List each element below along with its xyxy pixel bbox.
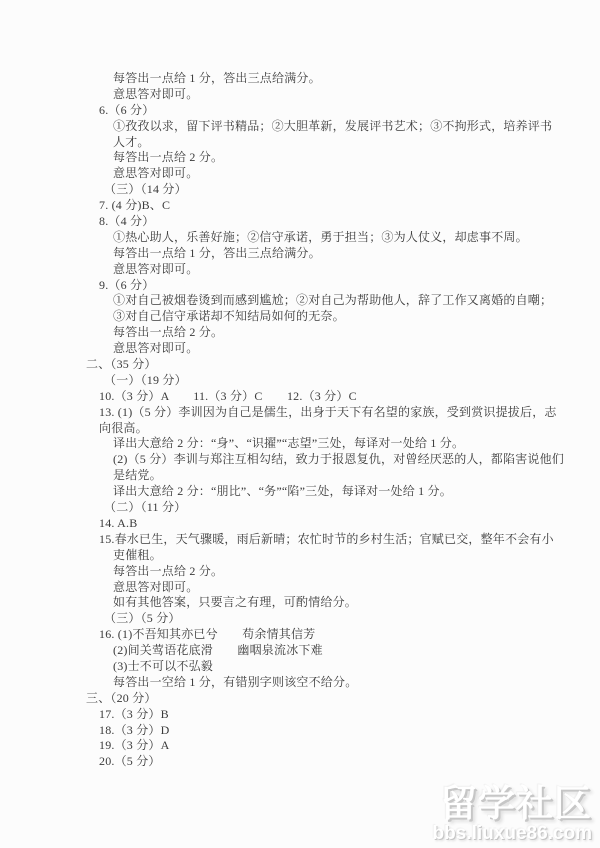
watermark: 留学社区 bbs.liuxue86.com: [433, 785, 592, 844]
text-line: 意思答对即可。: [0, 87, 600, 103]
text-line: （一）（19 分）: [0, 373, 600, 389]
text-line: 19.（3 分）A: [0, 738, 600, 754]
text-line: 每答出一空给 1 分，有错别字则该空不给分。: [0, 675, 600, 691]
text-line: 意思答对即可。: [0, 341, 600, 357]
text-line: 18.（3 分）D: [0, 723, 600, 739]
text-line: 15.春水已生，天气骤暖，雨后新晴；农忙时节的乡村生活；官赋已交，整年不会有小: [0, 532, 600, 548]
text-line: ①对自己被烟卷烫到而感到尴尬；②对自己为帮助他人，辞了工作又离婚的自嘲；: [0, 293, 600, 309]
text-line: 每答出一点给 2 分。: [0, 325, 600, 341]
text-line: 13. (1)（5 分）李训因为自己是儒生，出身于天下有名望的家族，受到赏识提拔…: [0, 405, 600, 421]
text-line: 10.（3 分）A 11.（3 分）C 12.（3 分）C: [0, 389, 600, 405]
text-line: 三、（20 分）: [0, 691, 600, 707]
text-line: ①热心助人，乐善好施；②信守承诺，勇于担当；③为人仗义，却虑事不周。: [0, 230, 600, 246]
scanned-answer-page: 每答出一点给 1 分，答出三点给满分。意思答对即可。6.（6 分）①孜孜以求，留…: [0, 0, 600, 848]
text-line: 9.（6 分）: [0, 278, 600, 294]
text-line: (3)士不可以不弘毅: [0, 659, 600, 675]
text-line: 如有其他答案，只要言之有理，可酌情给分。: [0, 595, 600, 611]
text-line: 吏催租。: [0, 548, 600, 564]
text-line: 7. (4 分)B、C: [0, 198, 600, 214]
text-line: 译出大意给 2 分：“身”、“识擢”“志望”三处，每译对一处给 1 分。: [0, 436, 600, 452]
text-line: 每答出一点给 2 分。: [0, 564, 600, 580]
text-line: 译出大意给 2 分：“朋比”、“务”“陷”三处，每译对一处给 1 分。: [0, 484, 600, 500]
text-line: 每答出一点给 2 分。: [0, 150, 600, 166]
text-line: 17.（3 分）B: [0, 707, 600, 723]
text-line: 是结党。: [0, 468, 600, 484]
text-line: 二、（35 分）: [0, 357, 600, 373]
text-line: 意思答对即可。: [0, 580, 600, 596]
text-line: 意思答对即可。: [0, 166, 600, 182]
text-line: 每答出一点给 1 分，答出三点给满分。: [0, 71, 600, 87]
text-line: 向很高。: [0, 421, 600, 437]
text-line: (2)（5 分）李训与郑注互相勾结，致力于报恩复仇，对曾经厌恶的人，都陷害说他们: [0, 452, 600, 468]
document-lines: 每答出一点给 1 分，答出三点给满分。意思答对即可。6.（6 分）①孜孜以求，留…: [0, 71, 600, 770]
text-line: ③对自己信守承诺却不知结局如何的无奈。: [0, 309, 600, 325]
text-line: 8.（4 分）: [0, 214, 600, 230]
text-line: （二）（11 分）: [0, 500, 600, 516]
text-line: 人才。: [0, 135, 600, 151]
text-line: 20.（5 分）: [0, 754, 600, 770]
watermark-logo-text: 留学社区: [433, 785, 592, 824]
text-line: 14. A.B: [0, 516, 600, 532]
text-line: 意思答对即可。: [0, 262, 600, 278]
text-line: （三）（5 分）: [0, 611, 600, 627]
text-line: 16. (1)不吾知其亦已兮 苟余情其信芳: [0, 627, 600, 643]
text-line: 每答出一点给 1 分，答出三点给满分。: [0, 246, 600, 262]
text-line: ①孜孜以求，留下评书精品；②大胆革新，发展评书艺术；③不拘形式，培养评书: [0, 119, 600, 135]
text-line: (2)间关莺语花底滑 幽咽泉流冰下难: [0, 643, 600, 659]
text-line: 6.（6 分）: [0, 103, 600, 119]
text-line: （三）（14 分）: [0, 182, 600, 198]
watermark-url: bbs.liuxue86.com: [433, 824, 592, 844]
